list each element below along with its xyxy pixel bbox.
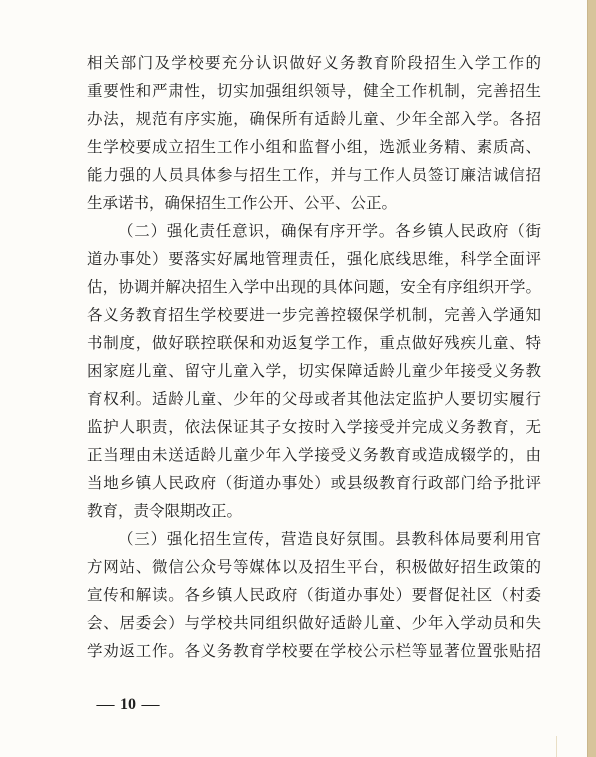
text-line: 学劝返工作。各义务教育学校要在学校公示栏等显著位置张贴招 bbox=[87, 638, 541, 666]
text-line-section-3-heading: （三）强化招生宣传，营造良好氛围。县教科体局要利用官 bbox=[87, 526, 541, 554]
text-line: 宣传和解读。各乡镇人民政府（街道办事处）要督促社区（村委 bbox=[87, 582, 541, 610]
page-number-dash-left: — bbox=[97, 697, 115, 714]
text-line: 道办事处）要落实好属地管理责任，强化底线思维，科学全面评 bbox=[87, 246, 541, 274]
page-number-value: 10 bbox=[120, 696, 136, 714]
text-line: 相关部门及学校要充分认识做好义务教育阶段招生入学工作的 bbox=[87, 50, 541, 78]
document-body: 相关部门及学校要充分认识做好义务教育阶段招生入学工作的 重要性和严肃性，切实加强… bbox=[87, 50, 541, 666]
text-line: 方网站、微信公众号等媒体以及招生平台，积极做好招生政策的 bbox=[87, 554, 541, 582]
text-line: 生学校要成立招生工作小组和监督小组，选派业务精、素质高、 bbox=[87, 134, 541, 162]
text-line: 书制度，做好联控联保和劝返复学工作，重点做好残疾儿童、特 bbox=[87, 330, 541, 358]
text-line: 教育，责令限期改正。 bbox=[87, 498, 541, 526]
text-line: 估，协调并解决招生入学中出现的具体问题，安全有序组织开学。 bbox=[87, 274, 541, 302]
text-line: 困家庭儿童、留守儿童入学，切实保障适龄儿童少年接受义务教 bbox=[87, 358, 541, 386]
page-number-dash-right: — bbox=[142, 697, 160, 714]
text-line: 当地乡镇人民政府（街道办事处）或县级教育行政部门给予批评 bbox=[87, 470, 541, 498]
text-line: 各义务教育招生学校要进一步完善控辍保学机制，完善入学通知 bbox=[87, 302, 541, 330]
text-line: 生承诺书，确保招生工作公开、公平、公正。 bbox=[87, 190, 541, 218]
scan-edge-artifact bbox=[556, 736, 557, 757]
text-line: 育权利。适龄儿童、少年的父母或者其他法定监护人要切实履行 bbox=[87, 386, 541, 414]
page-number: — 10 — bbox=[98, 696, 158, 714]
text-line-section-2-heading: （二）强化责任意识，确保有序开学。各乡镇人民政府（街 bbox=[87, 218, 541, 246]
text-line: 重要性和严肃性，切实加强组织领导，健全工作机制，完善招生 bbox=[87, 78, 541, 106]
text-line: 办法，规范有序实施，确保所有适龄儿童、少年全部入学。各招 bbox=[87, 106, 541, 134]
text-line: 能力强的人员具体参与招生工作，并与工作人员签订廉洁诚信招 bbox=[87, 162, 541, 190]
text-line: 正当理由未送适龄儿童少年入学接受义务教育或造成辍学的，由 bbox=[87, 442, 541, 470]
text-line: 监护人职责，依法保证其子女按时入学接受并完成义务教育，无 bbox=[87, 414, 541, 442]
text-line: 会、居委会）与学校共同组织做好适龄儿童、少年入学动员和失 bbox=[87, 610, 541, 638]
scan-edge-strip bbox=[587, 0, 596, 757]
